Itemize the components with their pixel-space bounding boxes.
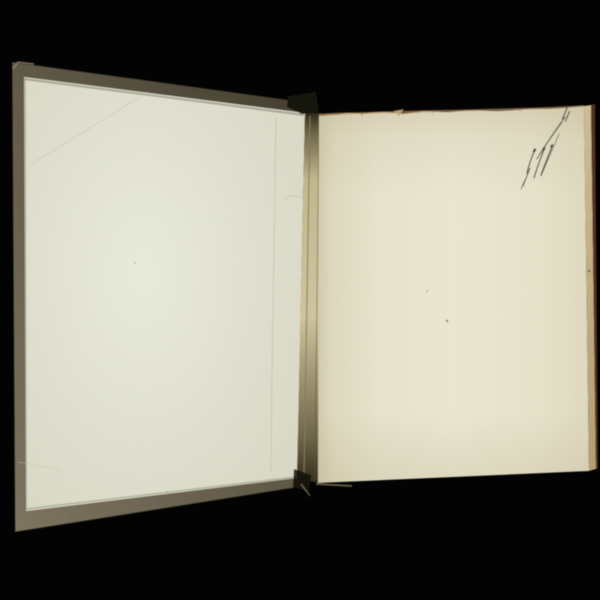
open-book bbox=[12, 62, 600, 532]
speck bbox=[588, 270, 590, 272]
photo-canvas bbox=[0, 0, 600, 600]
flyleaf-paper-grain bbox=[315, 104, 593, 486]
speck bbox=[52, 512, 54, 514]
pastedown-paper-grain bbox=[24, 77, 306, 513]
book-photograph bbox=[0, 0, 600, 600]
